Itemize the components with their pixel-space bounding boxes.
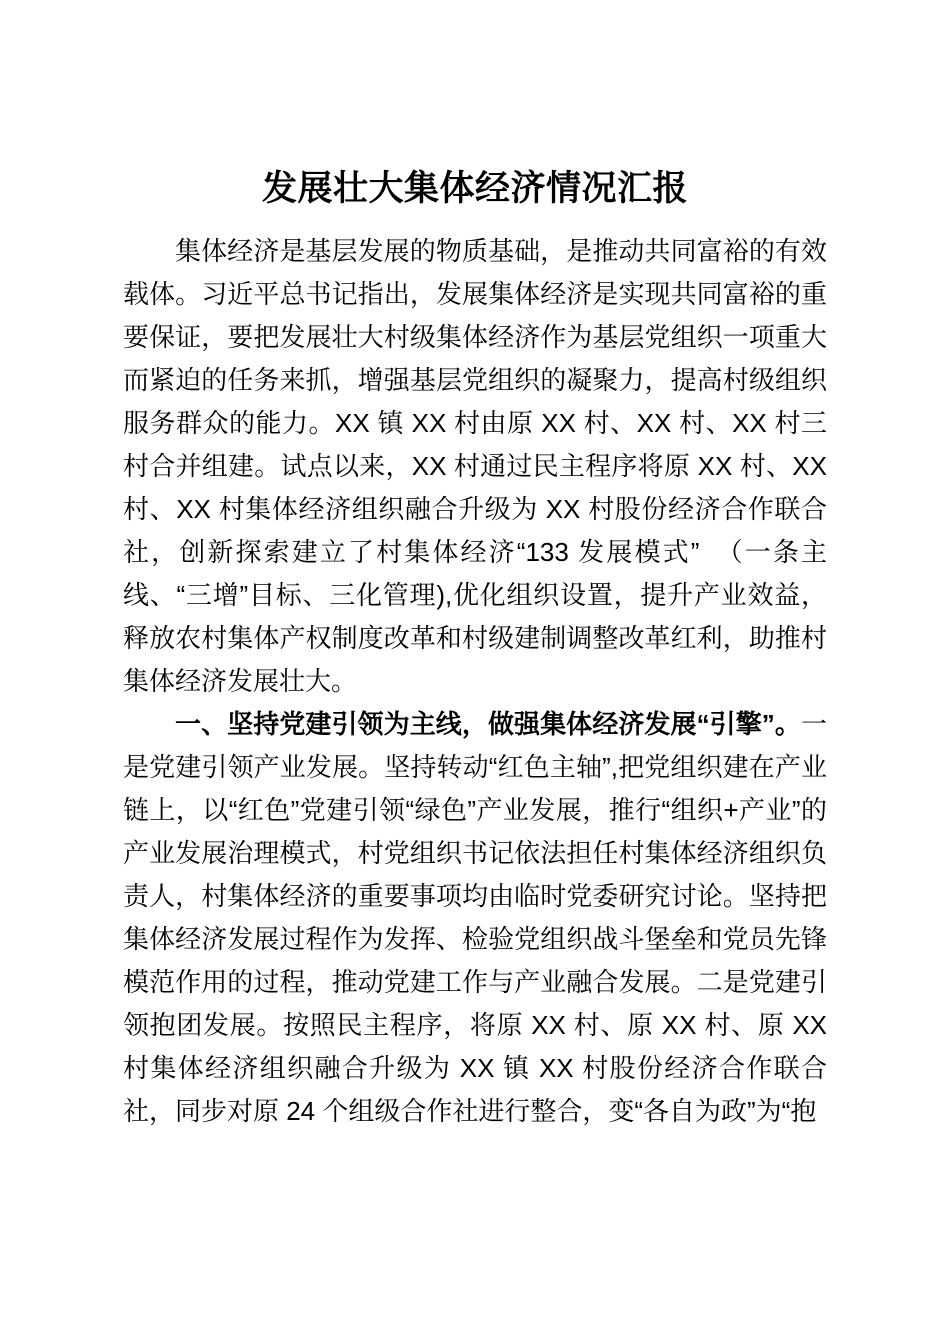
document-page: 发展壮大集体经济情况汇报 集体经济是基层发展的物质基础，是推动共同富裕的有效载体… xyxy=(0,0,950,1344)
section-1-paragraph: 一、坚持党建引领为主线，做强集体经济发展“引擎”。一是党建引领产业发展。坚持转动… xyxy=(123,703,827,1133)
section-1-text: 一是党建引领产业发展。坚持转动“红色主轴”,把党组织建在产业链上，以“红色”党建… xyxy=(123,709,827,1126)
intro-paragraph: 集体经济是基层发展的物质基础，是推动共同富裕的有效载体。习近平总书记指出，发展集… xyxy=(123,230,827,703)
section-1-heading: 一、坚持党建引领为主线，做强集体经济发展“引擎”。 xyxy=(175,709,801,739)
intro-paragraph-text: 集体经济是基层发展的物质基础，是推动共同富裕的有效载体。习近平总书记指出，发展集… xyxy=(123,236,827,696)
document-title: 发展壮大集体经济情况汇报 xyxy=(123,166,827,212)
